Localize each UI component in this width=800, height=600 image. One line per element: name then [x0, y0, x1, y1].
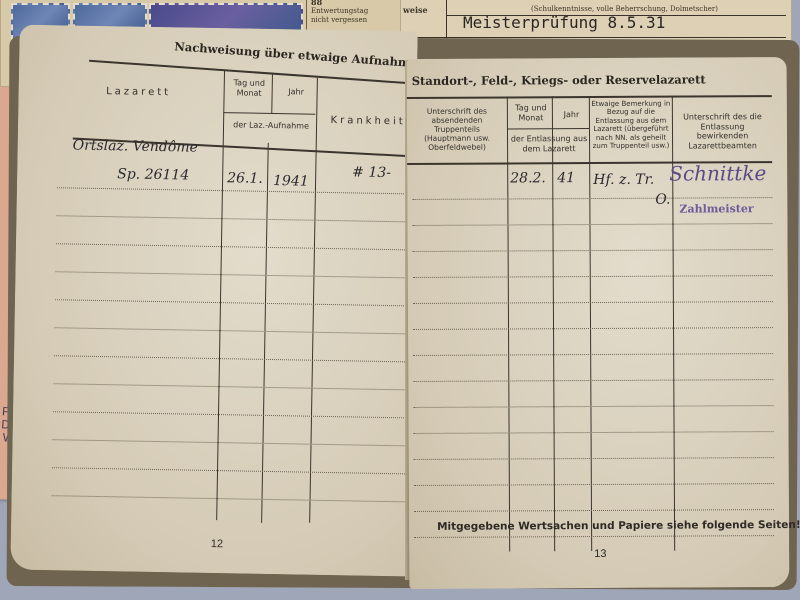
entry-lazarett-number: Sp. 26114 — [117, 166, 189, 183]
header-lazarett: Lazarett — [94, 86, 184, 99]
divider — [507, 128, 589, 129]
dotted-line — [414, 483, 774, 486]
dotted-line — [54, 327, 409, 334]
header-bemerkung: Etwaige Bemerkung in Bezug auf die Entla… — [591, 100, 671, 151]
entry-bemerkung: Hf. z. Tr. — [593, 172, 654, 188]
entry-entlassung-tag: 28.2. — [510, 170, 546, 186]
dotted-line — [413, 301, 773, 304]
column-line — [309, 78, 318, 523]
entry-krankheit: # 13- — [352, 164, 391, 181]
typed-entry: Meisterprüfung 8.5.31 — [463, 13, 665, 32]
dotted-line — [56, 243, 411, 250]
entry-lazarett-name: Ortslaz. Vendôme — [73, 138, 198, 156]
dotted-line — [55, 271, 410, 278]
column-line — [589, 96, 592, 551]
form-caption: (Schulkenntnisse, volle Beherrschung, Do… — [531, 5, 718, 13]
page-number-left: 12 — [211, 538, 223, 550]
dotted-line — [54, 355, 409, 362]
page-number-right: 13 — [594, 548, 606, 560]
dotted-line — [413, 405, 773, 408]
rank-stamp: Zahlmeister — [679, 202, 753, 215]
page-title-right: Standort-, Feld-, Kriegs- oder Reservela… — [412, 72, 706, 88]
signature: Schnittke — [669, 161, 766, 186]
dotted-line — [414, 457, 774, 460]
header-tag-monat: Tag und Monat — [510, 103, 552, 122]
form-label: weise — [403, 5, 428, 15]
dotted-line — [413, 353, 773, 356]
left-page: Nachweisung über etwaige Aufnahme in ein… — [10, 25, 417, 577]
dotted-line — [414, 509, 774, 512]
header-aufnahme: der Laz.-Aufnahme — [225, 120, 317, 131]
column-line — [552, 96, 555, 551]
dotted-line — [56, 215, 411, 222]
dotted-line — [414, 431, 774, 434]
column-line — [507, 96, 510, 551]
signature-prefix: O. — [655, 192, 670, 208]
dotted-line — [413, 327, 773, 330]
dotted-line — [413, 249, 773, 252]
header-krankheit: Krankheit — [323, 115, 413, 128]
header-jahr: Jahr — [554, 110, 589, 120]
dotted-line — [55, 299, 410, 306]
dotted-line — [53, 439, 408, 446]
header-tag-monat: Tag und Monat — [227, 78, 272, 98]
entry-aufnahme-tag: 26.1. — [227, 170, 263, 187]
header-entlassung: der Entlassung aus dem Lazarett — [509, 134, 589, 154]
header-unterschrift-truppenteil: Unterschrift des absendenden Truppenteil… — [412, 107, 502, 152]
column-line — [261, 143, 269, 523]
dotted-line — [412, 197, 772, 200]
dotted-line — [52, 467, 407, 474]
dotted-line — [412, 223, 772, 226]
dotted-line — [413, 379, 773, 382]
box-text: Entwertungstag — [311, 7, 396, 16]
dotted-line — [413, 275, 773, 278]
header-jahr: Jahr — [274, 87, 319, 97]
right-page: Standort-, Feld-, Kriegs- oder Reservela… — [407, 57, 790, 589]
dotted-line — [52, 495, 407, 502]
dotted-line — [53, 411, 408, 418]
header-unterschrift-lazarett: Unterschrift des die Entlassung bewirken… — [675, 112, 770, 151]
dotted-line — [414, 535, 774, 538]
footer-note: Mitgegebene Wertsachen und Papiere siehe… — [437, 519, 800, 533]
box-text: nicht vergessen — [311, 16, 396, 25]
entry-aufnahme-jahr: 1941 — [273, 173, 309, 190]
dotted-line — [57, 187, 412, 194]
entry-entlassung-jahr: 41 — [557, 170, 575, 186]
column-line — [216, 70, 225, 520]
dotted-line — [54, 383, 409, 390]
divider — [223, 112, 315, 115]
box-number: 88 — [311, 0, 396, 7]
